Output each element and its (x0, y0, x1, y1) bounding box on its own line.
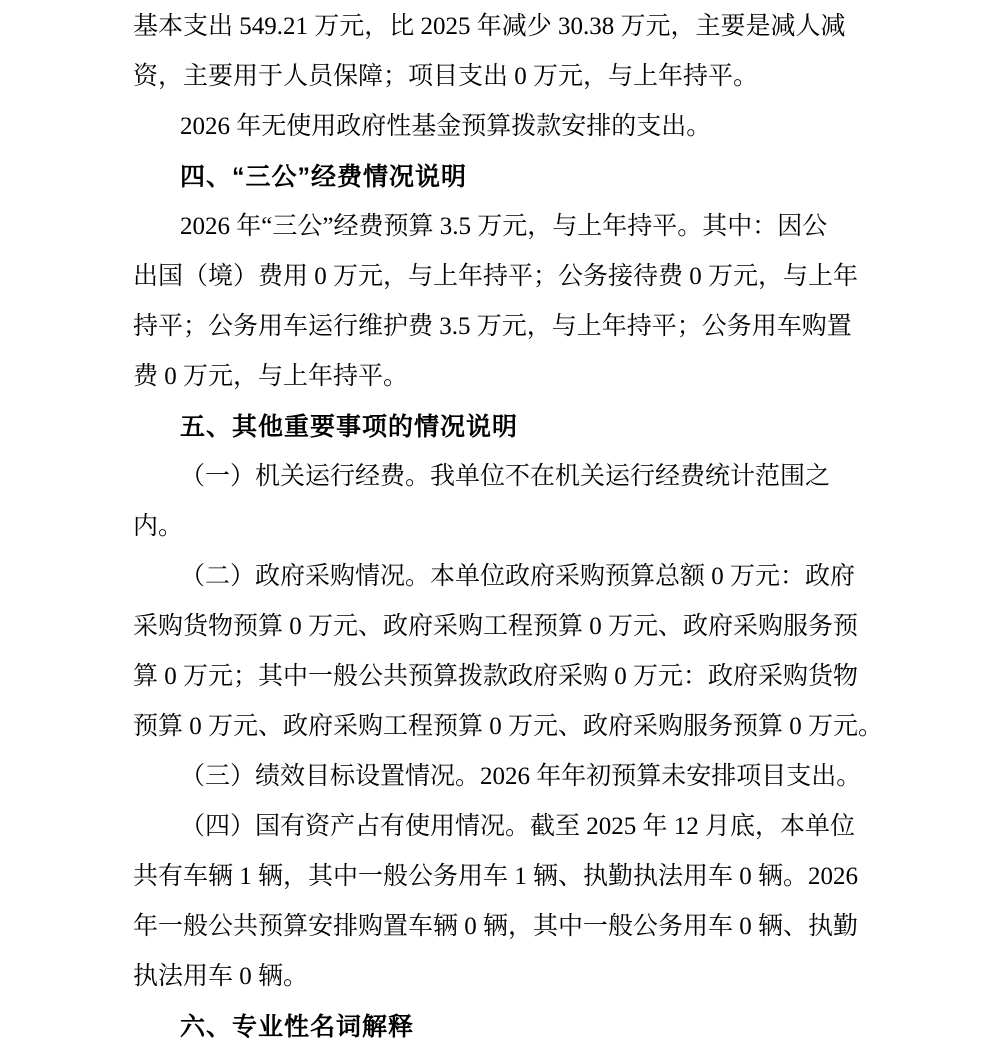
body-line-10: （一）机关运行经费。我单位不在机关运行经费统计范围之 (133, 452, 887, 502)
body-line-19: 年一般公共预算安排购置车辆 0 辆，其中一般公务用车 0 辆、执勤 (133, 902, 887, 952)
body-line-6: 出国（境）费用 0 万元，与上年持平；公务接待费 0 万元，与上年 (133, 252, 887, 302)
body-line-14: 算 0 万元；其中一般公共预算拨款政府采购 0 万元：政府采购货物 (133, 652, 887, 702)
section-heading-6-terminology: 六、专业性名词解释 (133, 1002, 887, 1052)
body-line-17-text: 截至 2025 年 12 月底，本单位 (530, 813, 855, 840)
body-line-1: 基本支出 549.21 万元，比 2025 年减少 30.38 万元，主要是减人… (133, 2, 887, 52)
kai-lead-item-2: （二）政府采购情况。 (180, 563, 430, 590)
section-heading-5-other-items: 五、其他重要事项的情况说明 (133, 402, 887, 452)
body-line-2: 资，主要用于人员保障；项目支出 0 万元，与上年持平。 (133, 52, 887, 102)
body-line-13: 采购货物预算 0 万元、政府采购工程预算 0 万元、政府采购服务预 (133, 602, 887, 652)
body-line-7: 持平；公务用车运行维护费 3.5 万元，与上年持平；公务用车购置 (133, 302, 887, 352)
body-line-15: 预算 0 万元、政府采购工程预算 0 万元、政府采购服务预算 0 万元。 (133, 702, 887, 752)
body-line-18: 共有车辆 1 辆，其中一般公务用车 1 辆、执勤执法用车 0 辆。2026 (133, 852, 887, 902)
body-line-20: 执法用车 0 辆。 (133, 952, 887, 1002)
kai-lead-item-4: （四）国有资产占有使用情况。 (180, 813, 530, 840)
document-page: 基本支出 549.21 万元，比 2025 年减少 30.38 万元，主要是减人… (133, 2, 887, 1052)
body-line-8: 费 0 万元，与上年持平。 (133, 352, 887, 402)
body-line-11: 内。 (133, 502, 887, 552)
body-line-17: （四）国有资产占有使用情况。截至 2025 年 12 月底，本单位 (133, 802, 887, 852)
body-line-10-text: 我单位不在机关运行经费统计范围之 (430, 463, 830, 490)
body-line-16: （三）绩效目标设置情况。2026 年年初预算未安排项目支出。 (133, 752, 887, 802)
section-heading-4-sangong: 四、“三公”经费情况说明 (133, 152, 887, 202)
kai-lead-item-1: （一）机关运行经费。 (180, 463, 430, 490)
body-line-12-text: 本单位政府采购预算总额 0 万元：政府 (430, 563, 855, 590)
body-line-16-text: 2026 年年初预算未安排项目支出。 (480, 763, 861, 790)
body-line-12: （二）政府采购情况。本单位政府采购预算总额 0 万元：政府 (133, 552, 887, 602)
body-line-3: 2026 年无使用政府性基金预算拨款安排的支出。 (133, 102, 887, 152)
kai-lead-item-3: （三）绩效目标设置情况。 (180, 763, 480, 790)
body-line-5: 2026 年“三公”经费预算 3.5 万元，与上年持平。其中：因公 (133, 202, 887, 252)
